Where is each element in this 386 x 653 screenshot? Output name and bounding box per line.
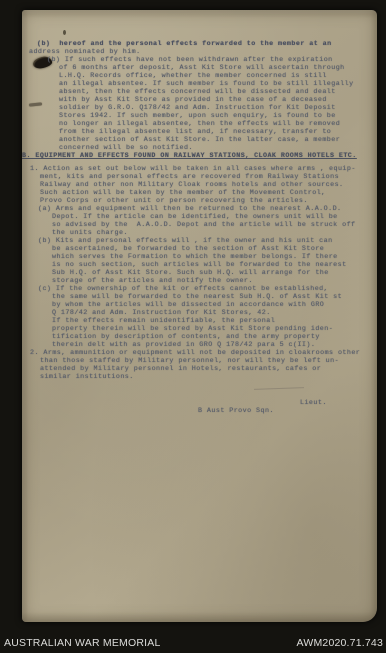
typed-line: absent, then the effects concerned will … [22, 88, 377, 96]
institution-label: AUSTRALIAN WAR MEMORIAL [4, 637, 160, 649]
typed-line: (c) If the ownership of the kit or effec… [22, 285, 377, 293]
typed-line: so advised by the A.A.O.D. Depot and the… [22, 221, 377, 229]
typed-line: Depot. If the article can be identified,… [22, 213, 377, 221]
typed-line: 2. Arms, ammunition or equipment will no… [22, 349, 377, 357]
typed-line: is no such section, such articles will b… [22, 261, 377, 269]
typed-text: (b) hereof and the personal effects forw… [22, 40, 377, 600]
typed-line: another section of Asst Kit Store. In th… [22, 136, 377, 144]
typed-line: (a) Arms and equipment will then be retu… [22, 205, 377, 213]
typed-line: with by Asst Kit Store as provided in th… [22, 96, 377, 104]
typed-line: similar institutions. [22, 373, 377, 381]
typed-line: concerned will be so notified. [22, 144, 377, 152]
document-page: (b) hereof and the personal effects forw… [22, 10, 377, 622]
typed-line: tification by description of contents, a… [22, 333, 377, 341]
typed-line: by whom the articles will be dissected i… [22, 301, 377, 309]
typed-line: soldier by G.R.O. Q178/42 and Adm. Instr… [22, 104, 377, 112]
typed-line: the same will be forwarded to the neares… [22, 293, 377, 301]
archive-photo-page: { "archive_bar": { "institution": "AUSTR… [0, 0, 386, 653]
typed-line: Stores 1942. If such member, upon such e… [22, 112, 377, 120]
ink-fleck [63, 30, 66, 35]
typed-line: Railway and other non Military Cloak roo… [22, 181, 377, 189]
typed-line: attended by Military personnel in Hotels… [22, 365, 377, 373]
typed-line: B Aust Provo Sqn. [22, 407, 377, 415]
typed-line: B. EQUIPMENT AND EFFECTS FOUND ON RAILWA… [22, 152, 377, 160]
typed-line: storage of the articles and notify the o… [22, 277, 377, 285]
typed-line: from the illegal absentee list and, if n… [22, 128, 377, 136]
typed-line: the units charge. [22, 229, 377, 237]
typed-line: of 6 months after deposit, Asst Kit Stor… [22, 64, 377, 72]
typed-line: which serves the Formation to which the … [22, 253, 377, 261]
typed-line: If the effects remain unidentifiable, th… [22, 317, 377, 325]
typed-line: Sub H.Q. of Asst Kit Store. Such sub H.Q… [22, 269, 377, 277]
typed-line: (b) hereof and the personal effects forw… [22, 40, 377, 48]
reference-number: AWM2020.71.743 [297, 637, 383, 649]
typed-line: therein delt with as provided in GRO Q 1… [22, 341, 377, 349]
typed-line: be ascertained, be forwarded to the sect… [22, 245, 377, 253]
typed-line: Lieut. [22, 399, 377, 407]
typed-line: property therein will be stored by Asst … [22, 325, 377, 333]
typed-line: (b) If such effects have not been withdr… [22, 56, 377, 64]
typed-line: Provo Corps or other unit or person reco… [22, 197, 377, 205]
typed-line: L.H.Q. Records office, whether the membe… [22, 72, 377, 80]
typed-line: Such action will be taken by the member … [22, 189, 377, 197]
typed-line: (b) Kits and personal effects will , if … [22, 237, 377, 245]
typed-line: no longer an illegal absentee, then the … [22, 120, 377, 128]
typed-line: ment, kits and personal effects are reco… [22, 173, 377, 181]
typed-line: address nominated by him. [22, 48, 377, 56]
typed-line: Q 178/42 and Adm. Instruction for Kit St… [22, 309, 377, 317]
typed-line: 1. Action as set out below will be taken… [22, 165, 377, 173]
archive-caption-bar: AUSTRALIAN WAR MEMORIAL AWM2020.71.743 [4, 637, 383, 649]
typed-line: an illegal absentee. If such member is f… [22, 80, 377, 88]
typed-line: than those staffed by Military personnel… [22, 357, 377, 365]
